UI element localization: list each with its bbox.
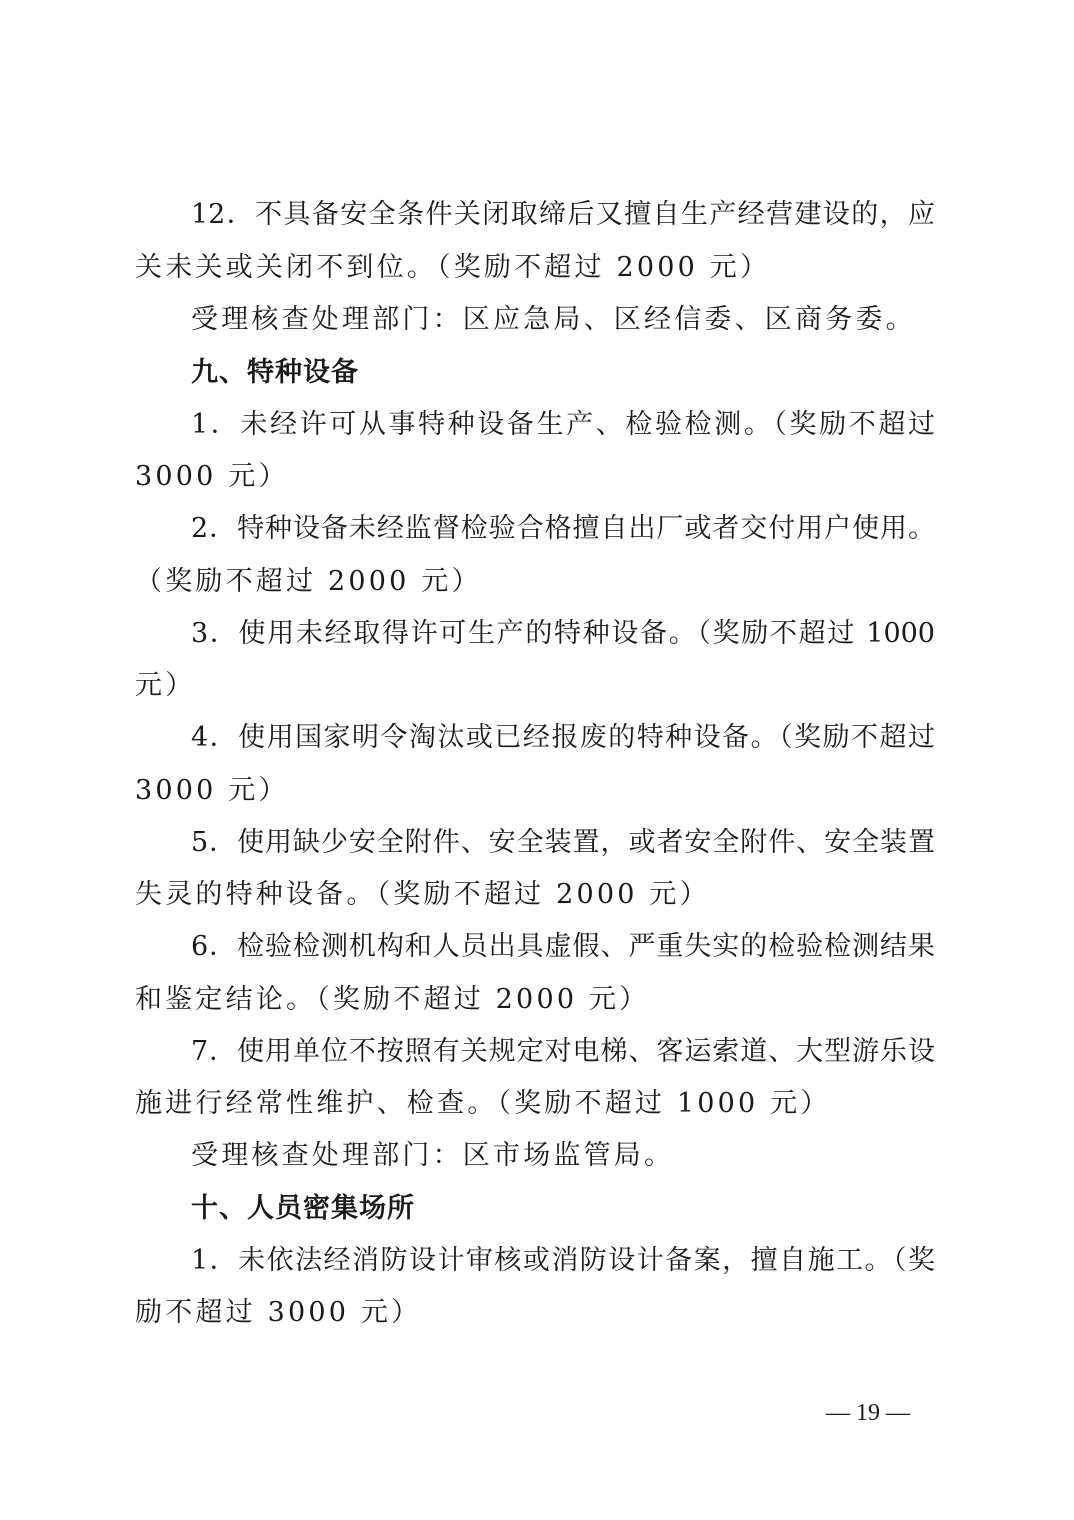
section-heading: 十、人员密集场所 [191, 1191, 935, 1227]
text-line: 3000 元） [135, 459, 935, 495]
section-heading: 九、特种设备 [191, 355, 935, 391]
text-line: 受理核查处理部门：区市场监管局。 [191, 1138, 935, 1174]
text-line: 12．不具备安全条件关闭取缔后又擅自生产经营建设的，应 [191, 197, 935, 233]
text-line: 关未关或关闭不到位。（奖励不超过 2000 元） [135, 250, 935, 286]
page-number: — 19 — [826, 1398, 910, 1428]
document-page: 12．不具备安全条件关闭取缔后又擅自生产经营建设的，应 关未关或关闭不到位。（奖… [0, 0, 1074, 1520]
text-line: （奖励不超过 2000 元） [135, 564, 935, 600]
text-line: 1．未依法经消防设计审核或消防设计备案，擅自施工。（奖 [191, 1243, 935, 1279]
text-line: 元） [135, 668, 935, 704]
text-line: 受理核查处理部门：区应急局、区经信委、区商务委。 [191, 302, 935, 338]
text-line: 5．使用缺少安全附件、安全装置，或者安全附件、安全装置 [191, 825, 935, 861]
text-line: 2．特种设备未经监督检验合格擅自出厂或者交付用户使用。 [191, 511, 935, 547]
text-line: 3．使用未经取得许可生产的特种设备。（奖励不超过 1000 [191, 616, 935, 652]
text-line: 7．使用单位不按照有关规定对电梯、客运索道、大型游乐设 [191, 1034, 935, 1070]
text-line: 3000 元） [135, 773, 935, 809]
text-line: 失灵的特种设备。（奖励不超过 2000 元） [135, 877, 935, 913]
text-line: 6．检验检测机构和人员出具虚假、严重失实的检验检测结果 [191, 929, 935, 965]
text-line: 和鉴定结论。（奖励不超过 2000 元） [135, 982, 935, 1018]
text-line: 1．未经许可从事特种设备生产、检验检测。（奖励不超过 [191, 407, 935, 443]
text-line: 施进行经常性维护、检查。（奖励不超过 1000 元） [135, 1086, 935, 1122]
text-line: 励不超过 3000 元） [135, 1295, 935, 1331]
text-line: 4．使用国家明令淘汰或已经报废的特种设备。（奖励不超过 [191, 720, 935, 756]
